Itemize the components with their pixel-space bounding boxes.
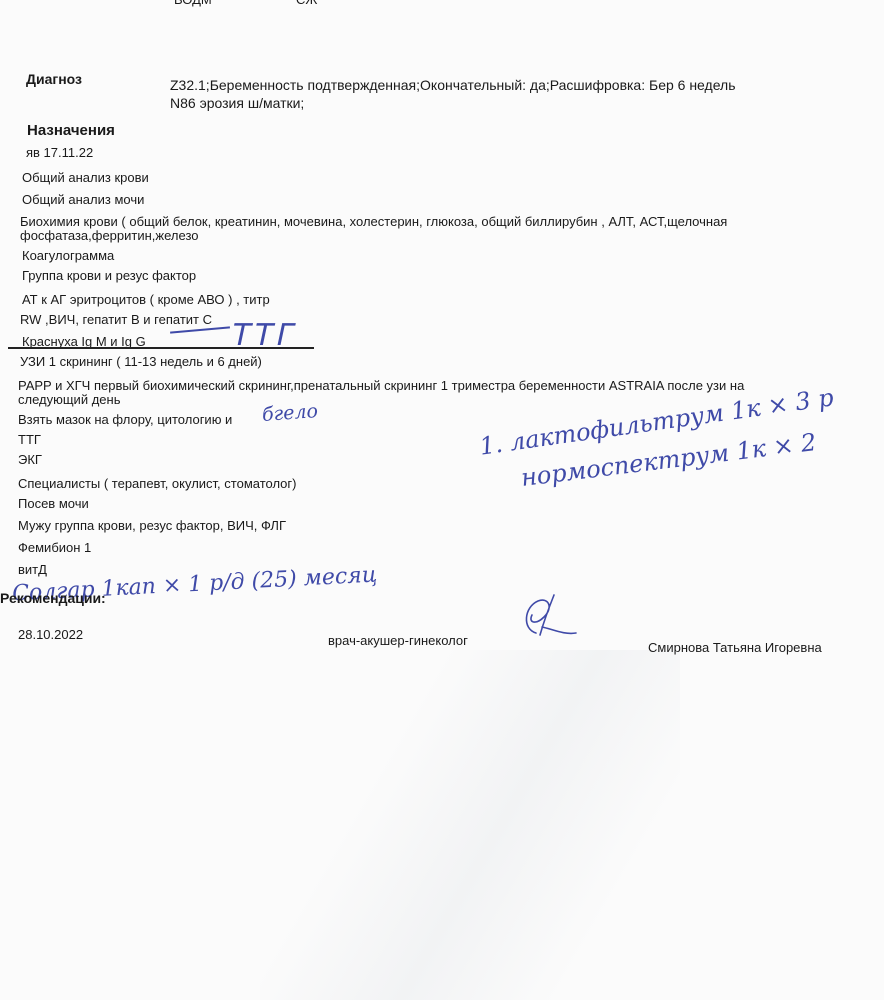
- prescription-item: Коагулограмма: [22, 248, 114, 263]
- prescription-item: ТТГ: [18, 432, 41, 447]
- diagnosis-line-1: Z32.1;Беременность подтвержденная;Оконча…: [170, 78, 736, 93]
- prescription-item: АТ к АГ эритроцитов ( кроме АВО ) , титр: [22, 292, 270, 307]
- prescription-item: Группа крови и резус фактор: [22, 268, 196, 283]
- prescription-item: следующий день: [18, 392, 120, 407]
- recommendations-label: Рекомендации:: [0, 591, 106, 606]
- prescription-item: Общий анализ мочи: [22, 192, 144, 207]
- prescription-item: Мужу группа крови, резус фактор, ВИЧ, ФЛ…: [18, 518, 286, 533]
- doctor-position: врач-акушер-гинеколог: [328, 633, 468, 648]
- prescription-item: RW ,ВИЧ, гепатит В и гепатит С: [20, 312, 212, 327]
- diagnosis-line-2: N86 эрозия ш/матки;: [170, 96, 304, 111]
- paper-fold-shadow: [260, 650, 680, 1000]
- prescription-item: Взять мазок на флору, цитологию и: [18, 412, 232, 427]
- prescription-item: ЭКГ: [18, 452, 42, 467]
- prescription-item: PAPP и ХГЧ первый биохимический скрининг…: [18, 378, 744, 393]
- diagnosis-label: Диагноз: [26, 72, 82, 87]
- prescription-item: Общий анализ крови: [22, 170, 149, 185]
- prescription-item: яв 17.11.22: [26, 145, 93, 160]
- signature-icon: [514, 593, 580, 650]
- header-fragment-left: ВОДМ: [174, 0, 212, 7]
- handwritten-ttg: ТТГ: [228, 318, 302, 353]
- prescription-item: Специалисты ( терапевт, окулист, стомато…: [18, 476, 296, 491]
- prescription-item: Посев мочи: [18, 496, 89, 511]
- doctor-name: Смирнова Татьяна Игоревна: [648, 640, 822, 655]
- prescription-item: фосфатаза,ферритин,железо: [20, 228, 198, 243]
- prescription-item: Биохимия крови ( общий белок, креатинин,…: [20, 214, 727, 229]
- arrow-icon: [170, 326, 230, 333]
- handwritten-bacterial-note: бгело: [261, 400, 318, 426]
- prescriptions-label: Назначения: [27, 123, 115, 138]
- header-fragment-right: СЖ: [296, 0, 317, 7]
- prescription-item: витД: [18, 562, 47, 577]
- prescription-item: Фемибион 1: [18, 540, 91, 555]
- document-date: 28.10.2022: [18, 627, 83, 642]
- prescription-item: УЗИ 1 скрининг ( 11-13 недель и 6 дней): [20, 354, 262, 369]
